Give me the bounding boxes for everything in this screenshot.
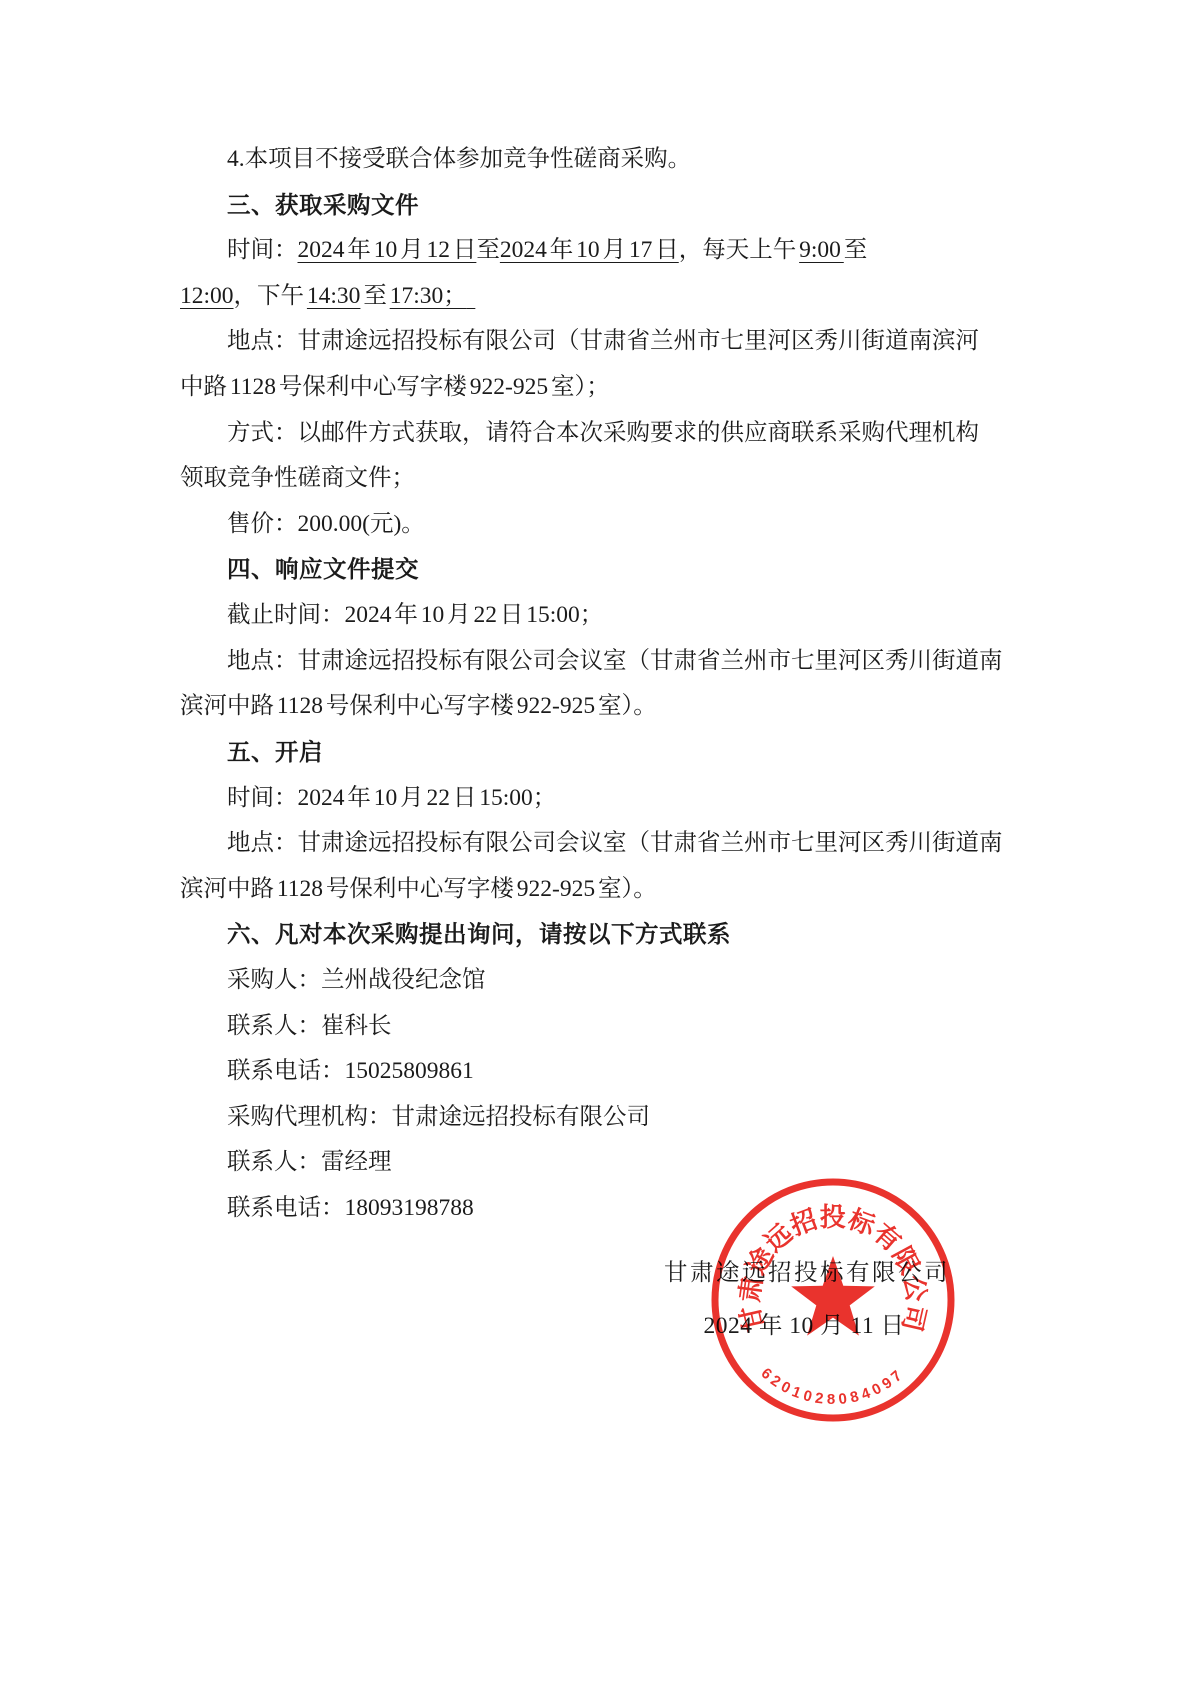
text-segment: 方式：以邮件方式获取，请符合本次采购要求的供应商联系采购代理机构 [227,420,979,446]
document-body: 4.本项目不接受联合体参加竞争性磋商采购。三、获取采购文件时间：2024 年 1… [180,137,1015,1232]
document-line: 4.本项目不接受联合体参加竞争性磋商采购。 [180,137,1015,183]
underlined-text: 12:00 [180,283,234,309]
document-line: 中路 1128 号保利中心写字楼 922-925 室）； [180,365,1015,411]
text-segment: 地点：甘肃途远招投标有限公司会议室（甘肃省兰州市七里河区秀川街道南 [227,648,1003,674]
document-line: 滨河中路 1128 号保利中心写字楼 922-925 室）。 [180,867,1015,913]
document-line: 方式：以邮件方式获取，请符合本次采购要求的供应商联系采购代理机构 [180,411,1015,457]
text-segment: 联系电话：15025809861 [227,1058,474,1084]
text-segment: 截止时间：2024 年 10 月 22 日 15:00； [227,602,603,628]
document-line: 地点：甘肃途远招投标有限公司（甘肃省兰州市七里河区秀川街道南滨河 [180,319,1015,365]
text-segment: 采购人：兰州战役纪念馆 [227,967,486,993]
seal-serial-number: 6201028084097 [758,1365,909,1408]
document-line: 联系电话：15025809861 [180,1049,1015,1095]
text-segment: 至 [476,237,500,263]
text-segment: 六、凡对本次采购提出询问，请按以下方式联系 [227,921,731,947]
section-heading: 六、凡对本次采购提出询问，请按以下方式联系 [180,912,1015,958]
document-line: 地点：甘肃途远招投标有限公司会议室（甘肃省兰州市七里河区秀川街道南 [180,821,1015,867]
section-heading: 四、响应文件提交 [180,547,1015,593]
document-page: 4.本项目不接受联合体参加竞争性磋商采购。三、获取采购文件时间：2024 年 1… [0,0,1190,1684]
text-segment: 至 [360,283,389,309]
text-segment: 联系人：崔科长 [227,1013,392,1039]
document-line: 12:00，下午 14:30 至 17:30； [180,274,1015,320]
document-line: 时间：2024 年 10 月 22 日 15:00； [180,776,1015,822]
document-line: 售价：200.00(元)。 [180,502,1015,548]
seal-star-icon [791,1256,875,1336]
text-segment: 领取竞争性磋商文件； [180,465,415,491]
text-segment: ，下午 [234,283,307,309]
text-segment: 四、响应文件提交 [227,556,419,582]
company-seal-stamp: 甘肃途远招投标有限公司 6201028084097 [690,1160,980,1440]
document-line: 采购人：兰州战役纪念馆 [180,958,1015,1004]
underlined-text: 17:30； [390,283,467,309]
document-line: 联系人：崔科长 [180,1004,1015,1050]
text-segment: 联系人：雷经理 [227,1149,392,1175]
text-segment: 至 [844,237,868,263]
text-segment: 联系电话：18093198788 [227,1195,474,1221]
text-segment: 时间：2024 年 10 月 22 日 15:00； [227,785,556,811]
text-segment: 三、获取采购文件 [227,192,419,218]
underlined-text [467,283,476,309]
text-segment: 地点：甘肃途远招投标有限公司会议室（甘肃省兰州市七里河区秀川街道南 [227,830,1003,856]
text-segment: 滨河中路 1128 号保利中心写字楼 922-925 室）。 [180,693,657,719]
section-heading: 三、获取采购文件 [180,183,1015,229]
document-line: 截止时间：2024 年 10 月 22 日 15:00； [180,593,1015,639]
document-line: 时间：2024 年 10 月 12 日至2024 年 10 月 17 日，每天上… [180,228,1015,274]
document-line: 地点：甘肃途远招投标有限公司会议室（甘肃省兰州市七里河区秀川街道南 [180,639,1015,685]
text-segment: 中路 1128 号保利中心写字楼 922-925 室）； [180,374,610,400]
text-segment: 售价：200.00(元)。 [227,511,425,537]
document-line: 采购代理机构：甘肃途远招投标有限公司 [180,1095,1015,1141]
underlined-text: 14:30 [307,283,361,309]
text-segment: 地点：甘肃途远招投标有限公司（甘肃省兰州市七里河区秀川街道南滨河 [227,328,979,354]
text-segment: 4.本项目不接受联合体参加竞争性磋商采购。 [227,146,691,172]
document-line: 滨河中路 1128 号保利中心写字楼 922-925 室）。 [180,684,1015,730]
underlined-text: 2024 年 10 月 12 日 [298,237,477,263]
text-segment: 时间： [227,237,298,263]
text-segment: 五、开启 [227,739,323,765]
text-segment: ，每天上午 [679,237,799,263]
underlined-text: 2024 年 10 月 17 日 [500,237,679,263]
underlined-text: 9:00 [799,237,844,263]
text-segment: 采购代理机构：甘肃途远招投标有限公司 [227,1104,650,1130]
section-heading: 五、开启 [180,730,1015,776]
text-segment: 滨河中路 1128 号保利中心写字楼 922-925 室）。 [180,876,657,902]
document-line: 领取竞争性磋商文件； [180,456,1015,502]
